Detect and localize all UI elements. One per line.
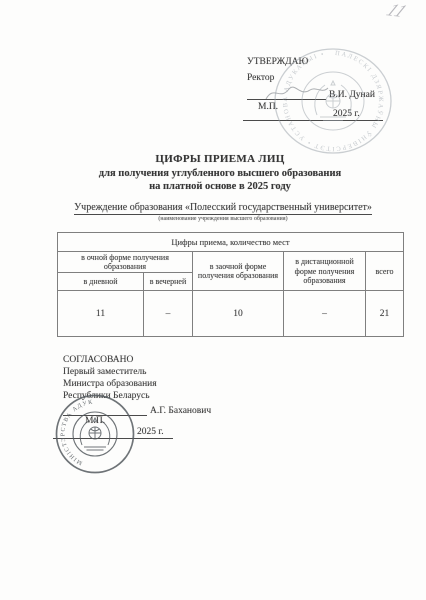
agreement-role-line3: Республики Беларусь xyxy=(63,391,248,401)
value-total: 21 xyxy=(366,291,404,337)
value-distance: – xyxy=(284,291,366,337)
signature-blank-line xyxy=(247,89,326,100)
col-header-total: всего xyxy=(366,252,404,291)
title-line-2: для получения углубленного высшего образ… xyxy=(40,167,400,181)
document-title: ЦИФРЫ ПРИЕМА ЛИЦ для получения углубленн… xyxy=(40,152,400,194)
table-values-row: 11 – 10 – 21 xyxy=(58,291,404,337)
admission-table: Цифры приема, количество мест в очной фо… xyxy=(57,232,404,337)
title-line-3: на платной основе в 2025 году xyxy=(40,180,400,194)
approval-title: УТВЕРЖДАЮ xyxy=(247,57,387,67)
institution-name: Учреждение образования «Полесский госуда… xyxy=(74,202,372,215)
agreement-seal-abbr: М.П. xyxy=(85,416,105,426)
agreement-role-line1: Первый заместитель xyxy=(63,367,248,377)
handwritten-page-number: 11 xyxy=(382,0,411,22)
agreement-date-line: 2025 г. xyxy=(53,427,173,439)
table-title-cell: Цифры приема, количество мест xyxy=(58,233,404,252)
signature-blank-line xyxy=(63,405,147,416)
approval-signer-name: В.И. Дунай xyxy=(326,90,375,100)
agreement-year: 2025 г. xyxy=(137,427,164,437)
institution-block: Учреждение образования «Полесский госуда… xyxy=(43,197,403,222)
scanned-document-page: 11 УТВЕРЖДАЮ Ректор В.И. Дунай М.П. 2025… xyxy=(0,0,426,600)
value-evening: – xyxy=(144,291,193,337)
approval-year: 2025 г. xyxy=(333,109,360,119)
approval-role: Ректор xyxy=(247,73,387,83)
approval-date-line: 2025 г. xyxy=(243,108,383,121)
value-day: 11 xyxy=(58,291,144,337)
col-header-evening: в вечерней xyxy=(144,273,193,291)
agreement-signer-name: А.Г. Баханович xyxy=(147,406,211,416)
agreement-role-line2: Министра образования xyxy=(63,379,248,389)
institution-caption: (наименование учреждения высшего образов… xyxy=(43,216,403,222)
col-header-distance: в дистанционной форме получения образова… xyxy=(284,252,366,291)
col-header-fulltime-group: в очной форме получения образования xyxy=(58,252,193,273)
approval-signature-line: В.И. Дунай xyxy=(247,90,387,100)
col-header-parttime: в заочной форме получения образования xyxy=(193,252,284,291)
agreement-signature-line: А.Г. Баханович xyxy=(63,405,248,416)
col-header-day: в дневной xyxy=(58,273,144,291)
title-line-1: ЦИФРЫ ПРИЕМА ЛИЦ xyxy=(40,152,400,167)
value-parttime: 10 xyxy=(193,291,284,337)
agreement-title: СОГЛАСОВАНО xyxy=(63,355,248,365)
